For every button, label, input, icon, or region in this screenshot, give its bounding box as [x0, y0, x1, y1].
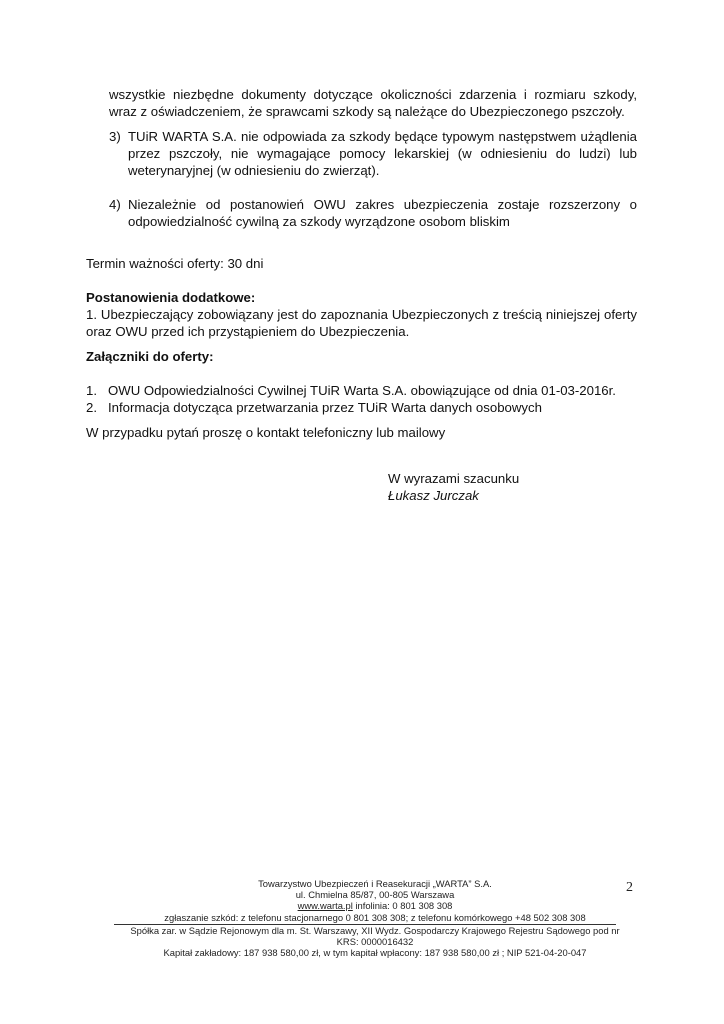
- attachments-list: 1. OWU Odpowiedzialności Cywilnej TUiR W…: [86, 382, 637, 416]
- footer-address: ul. Chmielna 85/87, 00-805 Warszawa: [100, 889, 650, 900]
- attachment-text: OWU Odpowiedzialności Cywilnej TUiR Wart…: [108, 382, 616, 399]
- attachment-number: 1.: [86, 382, 97, 399]
- footer-web-line: www.warta.pl infolinia: 0 801 308 308: [100, 900, 650, 911]
- footer-hotline: infolinia: 0 801 308 308: [353, 900, 453, 911]
- footer-capital: Kapitał zakładowy: 187 938 580,00 zł, w …: [100, 947, 650, 958]
- attachments-heading: Załączniki do oferty:: [86, 348, 637, 365]
- offer-validity: Termin ważności oferty: 30 dni: [86, 255, 637, 272]
- document-page: wszystkie niezbędne dokumenty dotyczące …: [0, 0, 724, 1024]
- footer-claims: zgłaszanie szkód: z telefonu stacjonarne…: [100, 912, 650, 923]
- numbered-item-4: 4) Niezależnie od postanowień OWU zakres…: [109, 196, 637, 230]
- closing-phrase: W wyrazami szacunku: [388, 470, 519, 487]
- attachment-text: Informacja dotycząca przetwarzania przez…: [108, 399, 542, 416]
- attachment-number: 2.: [86, 399, 97, 416]
- additional-provision-item: 1. Ubezpieczający zobowiązany jest do za…: [86, 306, 637, 340]
- item-number: 3): [109, 128, 127, 145]
- footer-registry: Spółka zar. w Sądzie Rejonowym dla m. St…: [100, 925, 650, 936]
- contact-note: W przypadku pytań proszę o kontakt telef…: [86, 424, 637, 441]
- item-text: Niezależnie od postanowień OWU zakres ub…: [128, 196, 637, 230]
- website-link[interactable]: www.warta.pl: [298, 900, 353, 911]
- numbered-item-3: 3) TUiR WARTA S.A. nie odpowiada za szko…: [109, 128, 637, 179]
- signoff: W wyrazami szacunku Łukasz Jurczak: [388, 470, 519, 504]
- item-number: 4): [109, 196, 127, 213]
- item-text: TUiR WARTA S.A. nie odpowiada za szkody …: [128, 128, 637, 179]
- footer: Towarzystwo Ubezpieczeń i Reasekuracji „…: [100, 878, 650, 958]
- footer-krs: KRS: 0000016432: [100, 936, 650, 947]
- additional-provisions-heading: Postanowienia dodatkowe:: [86, 289, 637, 306]
- footer-company: Towarzystwo Ubezpieczeń i Reasekuracji „…: [100, 878, 650, 889]
- attachment-item: 2. Informacja dotycząca przetwarzania pr…: [86, 399, 637, 416]
- attachment-item: 1. OWU Odpowiedzialności Cywilnej TUiR W…: [86, 382, 637, 399]
- continued-paragraph: wszystkie niezbędne dokumenty dotyczące …: [109, 86, 637, 120]
- signer-name: Łukasz Jurczak: [388, 487, 519, 504]
